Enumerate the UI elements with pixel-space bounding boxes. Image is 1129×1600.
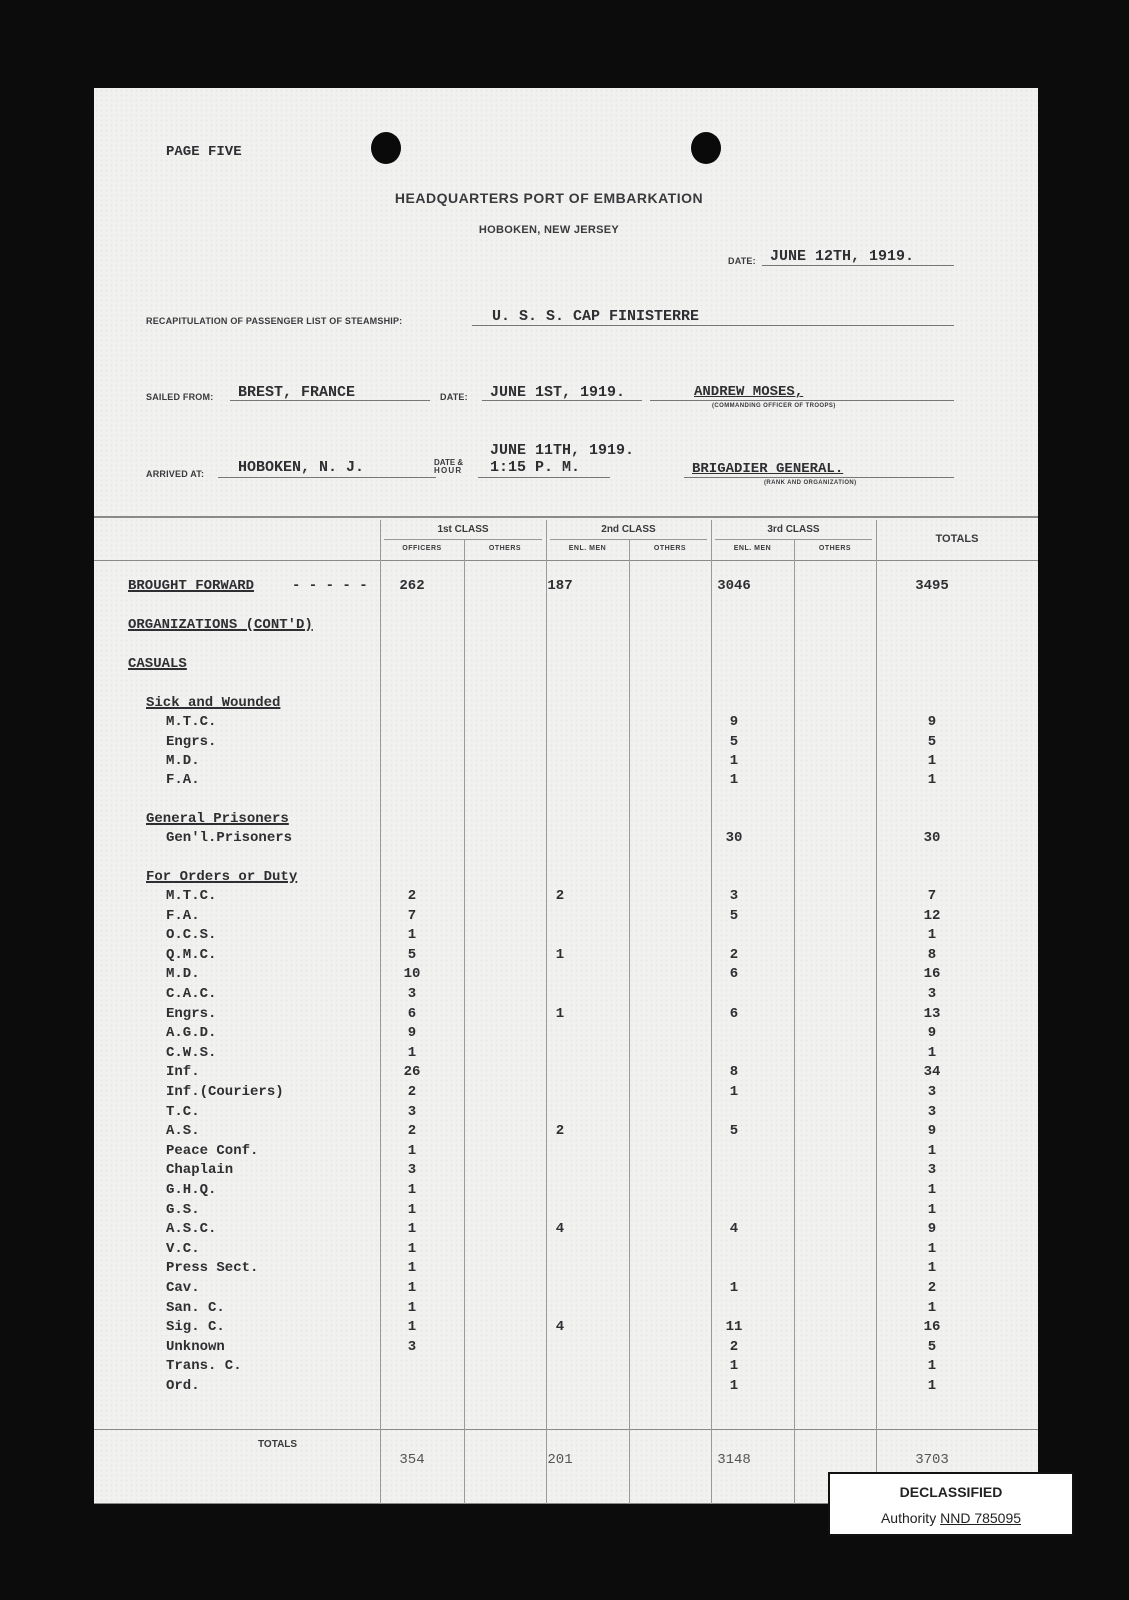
rank: BRIGADIER GENERAL. (692, 461, 843, 477)
row-label: Engrs. (166, 1006, 216, 1022)
second-enl-cell: 2 (540, 888, 580, 904)
date-label: DATE: (728, 256, 756, 266)
declassified-stamp: DECLASSIFIED Authority NND 785095 (828, 1472, 1074, 1536)
table-row: V.C.11 (94, 1241, 1038, 1260)
group-heading: For Orders or Duty (94, 869, 1038, 888)
table-row: Trans. C.11 (94, 1358, 1038, 1377)
arrived-at-value: HOBOKEN, N. J. (238, 459, 364, 476)
arrived-at-underline (218, 477, 436, 478)
table-row: Chaplain33 (94, 1162, 1038, 1181)
group-heading: Sick and Wounded (94, 695, 1038, 714)
total-cell: 1 (912, 1300, 952, 1316)
first-officers-cell: 1 (392, 1221, 432, 1237)
table-row: A.G.D.99 (94, 1025, 1038, 1044)
table-row: Inf.(Couriers)213 (94, 1084, 1038, 1103)
third-enl-cell: 5 (714, 908, 754, 924)
header-2nd-class: 2nd CLASS (546, 524, 711, 535)
second-enl-cell: 4 (540, 1221, 580, 1237)
first-officers-cell: 3 (392, 1104, 432, 1120)
rank-underline (684, 477, 954, 478)
row-label: T.C. (166, 1104, 200, 1120)
stamp-title: DECLASSIFIED (830, 1484, 1072, 1500)
sailed-date-underline (482, 400, 642, 401)
total-cell: 3 (912, 1104, 952, 1120)
table-row: A.S.2259 (94, 1123, 1038, 1142)
header-3rd-class: 3rd CLASS (711, 524, 876, 535)
first-officers-cell: 3 (392, 1162, 432, 1178)
row-label: San. C. (166, 1300, 225, 1316)
first-officers-cell: 1 (392, 1300, 432, 1316)
brought-forward-label: BROUGHT FORWARD (128, 578, 254, 594)
table-row: Q.M.C.5128 (94, 947, 1038, 966)
second-enl-cell: 2 (540, 1123, 580, 1139)
first-officers-cell: 7 (392, 908, 432, 924)
totals-label: TOTALS (258, 1439, 297, 1450)
arrival-date-label: DATE & HOUR (434, 459, 463, 475)
second-enl-cell: 4 (540, 1319, 580, 1335)
third-enl-cell: 8 (714, 1064, 754, 1080)
first-officers-cell: 1 (392, 1143, 432, 1159)
total-cell: 34 (912, 1064, 952, 1080)
subheader-others: OTHERS (629, 545, 711, 552)
third-enl-cell: 2 (714, 947, 754, 963)
total-cell: 16 (912, 966, 952, 982)
first-officers-cell: 1 (392, 1182, 432, 1198)
third-enl-cell: 3 (714, 888, 754, 904)
total-cell: 1 (912, 1260, 952, 1276)
table-row: M.T.C.2237 (94, 888, 1038, 907)
subheader-enl-men: ENL. MEN (546, 545, 629, 552)
table-row: G.H.Q.11 (94, 1182, 1038, 1201)
row-label: G.H.Q. (166, 1182, 216, 1198)
total-cell: 1 (912, 1202, 952, 1218)
table-row: M.D.10616 (94, 966, 1038, 985)
sailed-from-label: SAILED FROM: (146, 392, 213, 402)
table-row: Peace Conf.11 (94, 1143, 1038, 1162)
total-cell: 5 (912, 1339, 952, 1355)
table-row: Engrs. 5 5 (94, 734, 1038, 753)
table-row: F.A.7512 (94, 908, 1038, 927)
section-heading: ORGANIZATIONS (CONT'D) (94, 617, 1038, 636)
third-enl-cell: 1 (714, 1280, 754, 1296)
third-enl-cell: 1 (714, 1358, 754, 1374)
table-row: T.C.33 (94, 1104, 1038, 1123)
page-label: PAGE FIVE (166, 144, 242, 160)
date-underline (762, 265, 954, 266)
sailed-from-value: BREST, FRANCE (238, 384, 355, 401)
first-officers-cell: 1 (392, 1319, 432, 1335)
table-row: O.C.S.11 (94, 927, 1038, 946)
row-label: M.T.C. (166, 888, 216, 904)
subheader-enl-men: ENL. MEN (711, 545, 794, 552)
first-officers-cell: 1 (392, 1280, 432, 1296)
total-second-enl: 201 (540, 1452, 580, 1468)
sailed-from-underline (230, 400, 430, 401)
total-cell: 7 (912, 888, 952, 904)
first-officers-cell: 6 (392, 1006, 432, 1022)
document-title: HEADQUARTERS PORT OF EMBARKATION (94, 190, 1004, 206)
total-cell: 13 (912, 1006, 952, 1022)
table-top-rule (94, 516, 1038, 518)
row-label: M.D. (166, 966, 200, 982)
total-cell: 1 (912, 1241, 952, 1257)
first-officers-cell: 1 (392, 1241, 432, 1257)
table-row: M.T.C. 9 9 (94, 714, 1038, 733)
total-cell: 3 (912, 1084, 952, 1100)
row-label: Chaplain (166, 1162, 233, 1178)
first-officers-cell: 10 (392, 966, 432, 982)
third-enl-cell: 11 (714, 1319, 754, 1335)
table-row: Inf.26834 (94, 1064, 1038, 1083)
total-third-enl: 3148 (714, 1452, 754, 1468)
group-heading: General Prisoners (94, 811, 1038, 830)
table-row: C.A.C.33 (94, 986, 1038, 1005)
third-enl-cell: 6 (714, 966, 754, 982)
first-officers-cell: 3 (392, 1339, 432, 1355)
row-label: Peace Conf. (166, 1143, 258, 1159)
header-totals: TOTALS (876, 533, 1038, 545)
table-row: Unknown325 (94, 1339, 1038, 1358)
row-label: A.G.D. (166, 1025, 216, 1041)
document-subtitle: HOBOKEN, NEW JERSEY (94, 224, 1004, 236)
total-cell: 16 (912, 1319, 952, 1335)
table-row: Gen'l.Prisoners 30 30 (94, 830, 1038, 849)
third-enl-cell: 4 (714, 1221, 754, 1237)
total-cell: 3 (912, 986, 952, 1002)
document-page: PAGE FIVE HEADQUARTERS PORT OF EMBARKATI… (94, 88, 1038, 1504)
row-label: Trans. C. (166, 1358, 242, 1374)
table-row: Ord.11 (94, 1378, 1038, 1397)
third-enl-cell: 1 (714, 1378, 754, 1394)
passenger-table: 1st CLASS 2nd CLASS 3rd CLASS TOTALS OFF… (94, 516, 1038, 1504)
table-row: M.D. 1 1 (94, 753, 1038, 772)
arrival-hour-underline (478, 477, 610, 478)
table-row: F.A. 1 1 (94, 772, 1038, 791)
total-cell: 2 (912, 1280, 952, 1296)
row-label: Unknown (166, 1339, 225, 1355)
brought-forward-row: BROUGHT FORWARD - - - - - 262 187 3046 3… (94, 578, 1038, 597)
row-label: G.S. (166, 1202, 200, 1218)
row-label: O.C.S. (166, 927, 216, 943)
total-cell: 9 (912, 1025, 952, 1041)
total-cell: 1 (912, 1182, 952, 1198)
first-officers-cell: 5 (392, 947, 432, 963)
row-label: F.A. (166, 908, 200, 924)
authority-number: NND 785095 (940, 1510, 1021, 1526)
recap-label: RECAPITULATION OF PASSENGER LIST OF STEA… (146, 316, 402, 326)
row-label: Sig. C. (166, 1319, 225, 1335)
table-row: G.S.11 (94, 1202, 1038, 1221)
steamship-name: U. S. S. CAP FINISTERRE (492, 308, 699, 325)
second-enl-cell: 1 (540, 947, 580, 963)
subheader-others: OTHERS (794, 545, 876, 552)
sailed-date-value: JUNE 1ST, 1919. (490, 384, 625, 401)
steamship-underline (472, 325, 954, 326)
total-cell: 9 (912, 1221, 952, 1237)
punch-hole-left (371, 132, 401, 164)
first-officers-cell: 2 (392, 1123, 432, 1139)
sailed-date-label: DATE: (440, 392, 468, 402)
row-label: A.S. (166, 1123, 200, 1139)
table-row: Sig. C.141116 (94, 1319, 1038, 1338)
header-1st-class: 1st CLASS (380, 524, 546, 535)
commanding-officer: ANDREW MOSES, (694, 384, 803, 400)
third-enl-cell: 1 (714, 1084, 754, 1100)
stamp-authority: Authority NND 785095 (830, 1510, 1072, 1526)
row-label: Ord. (166, 1378, 200, 1394)
first-officers-cell: 1 (392, 927, 432, 943)
total-cell: 1 (912, 1045, 952, 1061)
header-bottom-rule (94, 560, 1038, 561)
first-officers-cell: 1 (392, 1260, 432, 1276)
third-enl-cell: 2 (714, 1339, 754, 1355)
brought-forward-dashes: - - - - - (292, 578, 368, 594)
total-cell: 9 (912, 1123, 952, 1139)
second-enl-cell: 1 (540, 1006, 580, 1022)
total-cell: 12 (912, 908, 952, 924)
table-row: Engrs.61613 (94, 1006, 1038, 1025)
arrival-date-value: JUNE 11TH, 1919. (490, 442, 634, 459)
table-row: San. C.11 (94, 1300, 1038, 1319)
table-row: Cav.112 (94, 1280, 1038, 1299)
row-label: Inf. (166, 1064, 200, 1080)
rank-caption: (RANK AND ORGANIZATION) (764, 480, 857, 486)
row-label: V.C. (166, 1241, 200, 1257)
arrival-hour-value: 1:15 P. M. (490, 459, 580, 476)
punch-hole-right (691, 132, 721, 164)
first-officers-cell: 1 (392, 1202, 432, 1218)
total-first-officers: 354 (392, 1452, 432, 1468)
subheader-officers: OFFICERS (380, 545, 464, 552)
row-label: C.A.C. (166, 986, 216, 1002)
first-officers-cell: 9 (392, 1025, 432, 1041)
first-officers-cell: 26 (392, 1064, 432, 1080)
total-cell: 1 (912, 1358, 952, 1374)
row-label: A.S.C. (166, 1221, 216, 1237)
section-heading: CASUALS (94, 656, 1038, 675)
totals-top-rule (94, 1429, 1038, 1430)
row-label: C.W.S. (166, 1045, 216, 1061)
row-label: Inf.(Couriers) (166, 1084, 284, 1100)
first-officers-cell: 1 (392, 1045, 432, 1061)
grand-total: 3703 (912, 1452, 952, 1468)
total-cell: 1 (912, 1378, 952, 1394)
commanding-officer-caption: (COMMANDING OFFICER OF TROOPS) (712, 403, 836, 409)
table-row: C.W.S.11 (94, 1045, 1038, 1064)
total-cell: 8 (912, 947, 952, 963)
arrived-at-label: ARRIVED AT: (146, 469, 204, 479)
table-row: A.S.C.1449 (94, 1221, 1038, 1240)
third-enl-cell: 5 (714, 1123, 754, 1139)
date-value: JUNE 12TH, 1919. (770, 248, 914, 265)
row-label: Cav. (166, 1280, 200, 1296)
first-officers-cell: 2 (392, 888, 432, 904)
row-label: Press Sect. (166, 1260, 258, 1276)
first-officers-cell: 3 (392, 986, 432, 1002)
totals-values: 354 201 3148 3703 (94, 1452, 1038, 1471)
total-cell: 1 (912, 1143, 952, 1159)
total-cell: 1 (912, 927, 952, 943)
first-officers-cell: 2 (392, 1084, 432, 1100)
table-row: Press Sect.11 (94, 1260, 1038, 1279)
row-label: Q.M.C. (166, 947, 216, 963)
third-enl-cell: 6 (714, 1006, 754, 1022)
total-cell: 3 (912, 1162, 952, 1178)
subheader-others: OTHERS (464, 545, 546, 552)
commanding-officer-underline (650, 400, 954, 401)
